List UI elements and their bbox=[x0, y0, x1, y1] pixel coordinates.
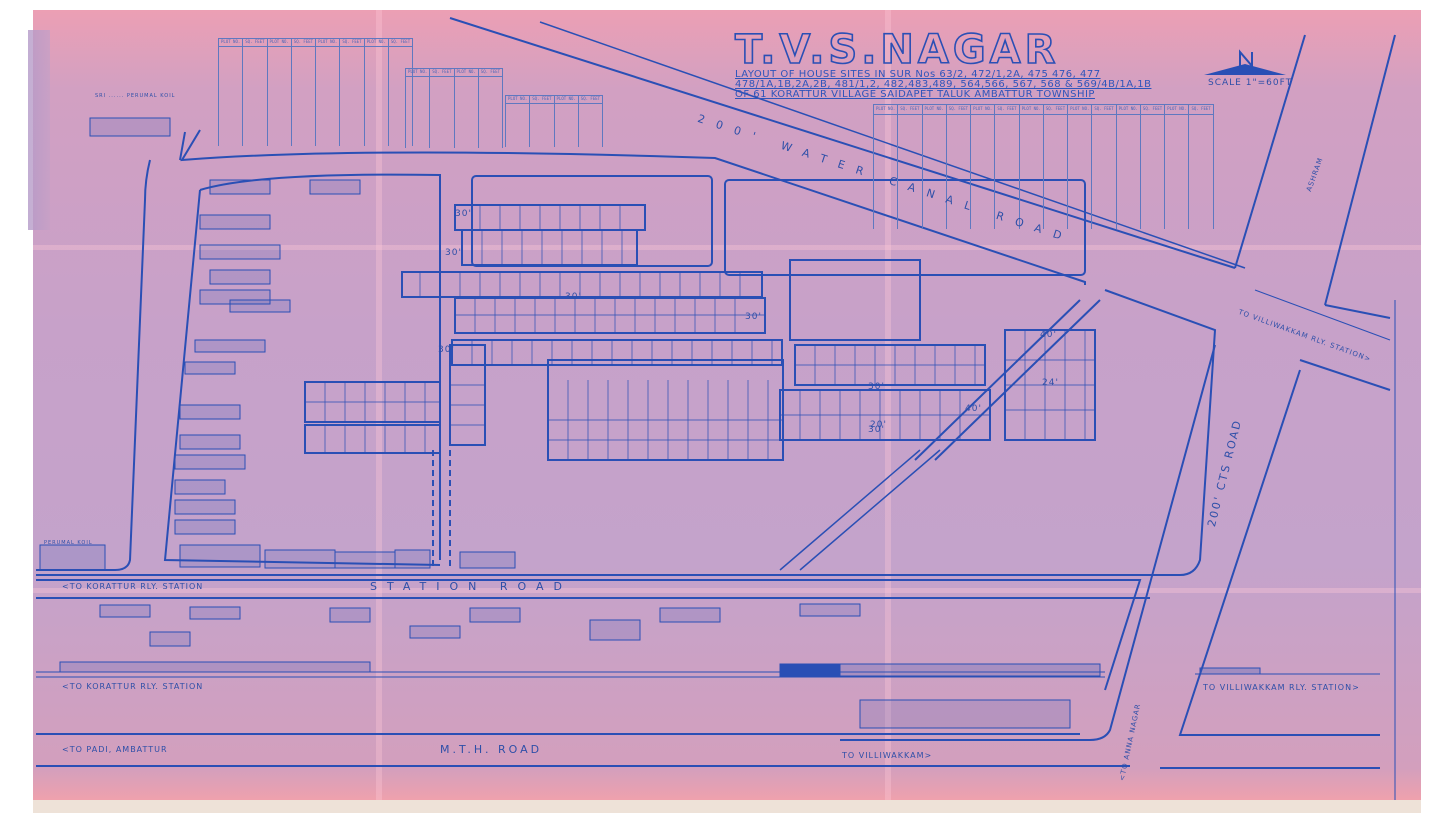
column-header: PLOT NO. bbox=[1019, 105, 1043, 115]
column-header: PLOT NO. bbox=[316, 39, 340, 47]
column-header: PLOT NO. bbox=[219, 39, 243, 47]
column-header: SQ. FEET bbox=[478, 69, 502, 77]
column-header: SQ. FEET bbox=[1140, 105, 1164, 115]
plot-row bbox=[462, 230, 637, 265]
mth-road-label: M.T.H. ROAD bbox=[440, 743, 542, 756]
diagonal-road bbox=[935, 300, 1100, 460]
padi-ambattur-direction: <TO PADI, AMBATTUR bbox=[62, 745, 168, 754]
column-header: PLOT NO. bbox=[267, 39, 291, 47]
temple-label: PERUMAL KOIL bbox=[44, 540, 93, 546]
road-width-label: 20' bbox=[870, 420, 887, 430]
villiwakkam-direction: TO VILLIWAKKAM> bbox=[842, 751, 932, 760]
column-header: SQ. FEET bbox=[995, 105, 1019, 115]
plot-row bbox=[402, 272, 762, 297]
plot-row bbox=[450, 345, 485, 445]
column-header: SQ. FEET bbox=[578, 96, 602, 104]
column-header: SQ. FEET bbox=[1092, 105, 1116, 115]
map-subtitle: LAYOUT OF HOUSE SITES IN SUR Nos 63/2, 4… bbox=[735, 70, 1151, 100]
plot-row bbox=[455, 205, 645, 230]
column-header: SQ. FEET bbox=[946, 105, 970, 115]
column-header: SQ. FEET bbox=[291, 39, 315, 47]
column-header: PLOT NO. bbox=[971, 105, 995, 115]
cross-road bbox=[1255, 290, 1390, 340]
road-width-label: 30' bbox=[445, 248, 462, 258]
road-width-label: 30' bbox=[868, 382, 885, 392]
road-width-label: 30' bbox=[745, 312, 762, 322]
column-header: SQ. FEET bbox=[898, 105, 922, 115]
scale-label: SCALE 1"=60FT bbox=[1208, 78, 1292, 88]
plot-table-left-3: PLOT NO. SQ. FEET PLOT NO. SQ. FEET bbox=[505, 95, 603, 147]
road-width-label: 30' bbox=[565, 292, 582, 302]
korattur-station-direction: <TO KORATTUR RLY. STATION bbox=[62, 582, 203, 591]
block bbox=[472, 176, 712, 266]
column-header: PLOT NO. bbox=[874, 105, 898, 115]
road-width-label: 30' bbox=[455, 209, 472, 219]
train-drawing bbox=[60, 662, 1260, 676]
column-header: PLOT NO. bbox=[454, 69, 478, 77]
direction-text: TO VILLIWAKKAM RLY. STATION bbox=[1203, 683, 1352, 692]
plot-row bbox=[455, 298, 765, 333]
road-width-label: 40' bbox=[1040, 330, 1057, 340]
column-header: PLOT NO. bbox=[406, 69, 430, 77]
column-header: PLOT NO. bbox=[922, 105, 946, 115]
villiwakkam-station-direction: TO VILLIWAKKAM RLY. STATION> bbox=[1203, 683, 1360, 692]
column-header: PLOT NO. bbox=[1116, 105, 1140, 115]
temple-label: SRI ...... PERUMAL KOIL bbox=[95, 93, 175, 99]
direction-text: TO KORATTUR RLY. STATION bbox=[70, 682, 204, 691]
station-road-label: STATION ROAD bbox=[370, 580, 572, 593]
block-edge bbox=[1300, 360, 1390, 390]
direction-text: TO VILLIWAKKAM bbox=[842, 751, 925, 760]
village-block-edge bbox=[200, 175, 440, 560]
column-header: SQ. FEET bbox=[388, 39, 412, 47]
subtitle-line: OF 61 KORATTUR VILLAGE SAIDAPET TALUK AM… bbox=[735, 90, 1151, 100]
plot-table-left: PLOT NO. SQ. FEET PLOT NO. SQ. FEET PLOT… bbox=[218, 38, 413, 146]
column-header: SQ. FEET bbox=[430, 69, 454, 77]
diagonal-road-extension bbox=[800, 450, 940, 570]
column-header: SQ. FEET bbox=[530, 96, 554, 104]
road-width-label: 30' bbox=[438, 345, 455, 355]
road-width-label: 40' bbox=[965, 404, 982, 414]
column-header: SQ. FEET bbox=[340, 39, 364, 47]
cts-road-west-lower bbox=[840, 345, 1215, 740]
north-arrow-icon bbox=[1204, 52, 1286, 75]
block-edge bbox=[1325, 305, 1390, 318]
plot-table-left-2: PLOT NO. SQ. FEET PLOT NO. SQ. FEET bbox=[405, 68, 503, 148]
column-header: PLOT NO. bbox=[364, 39, 388, 47]
column-header: PLOT NO. bbox=[1068, 105, 1092, 115]
block bbox=[790, 260, 920, 340]
column-header: PLOT NO. bbox=[1165, 105, 1189, 115]
road-width-label: 24' bbox=[1042, 378, 1059, 388]
column-header: SQ. FEET bbox=[1043, 105, 1067, 115]
column-header: PLOT NO. bbox=[554, 96, 578, 104]
plot-row bbox=[452, 340, 782, 365]
cts-road-east-lower bbox=[1180, 370, 1380, 735]
direction-text: TO KORATTUR RLY. STATION bbox=[70, 582, 204, 591]
column-header: SQ. FEET bbox=[243, 39, 267, 47]
direction-text: TO PADI, AMBATTUR bbox=[70, 745, 168, 754]
plot-table-right: PLOT NO. SQ. FEET PLOT NO. SQ. FEET PLOT… bbox=[873, 104, 1214, 229]
cts-road-east-edge bbox=[1325, 35, 1395, 305]
column-header: SQ. FEET bbox=[1189, 105, 1213, 115]
map-title: T.V.S.NAGAR bbox=[735, 30, 1059, 70]
korattur-station-direction: <TO KORATTUR RLY. STATION bbox=[62, 682, 203, 691]
left-road-edge bbox=[36, 160, 150, 570]
diagonal-road-extension bbox=[780, 450, 920, 570]
column-header: PLOT NO. bbox=[506, 96, 530, 104]
